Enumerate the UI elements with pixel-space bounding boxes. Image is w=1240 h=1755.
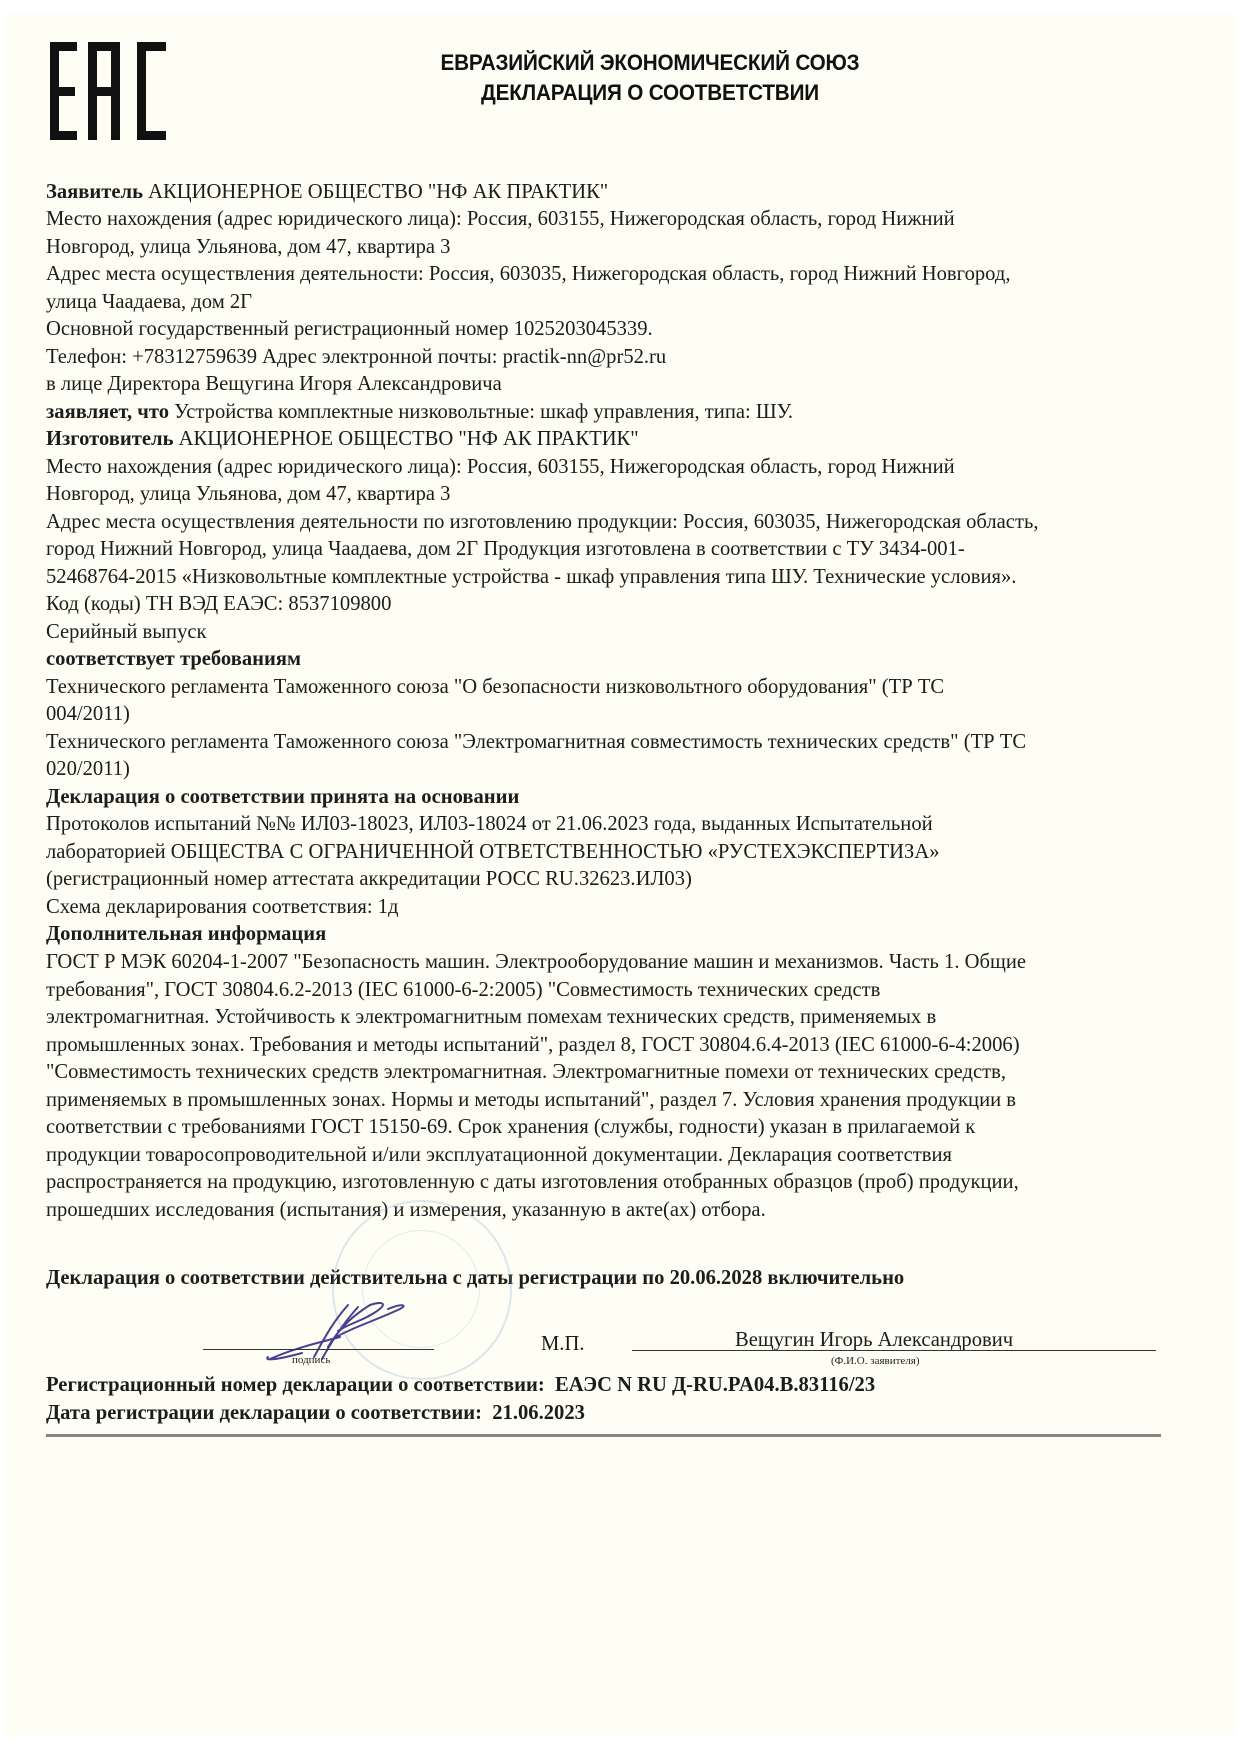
hs-code: Код (коды) ТН ВЭД ЕАЭС: 8537109800 bbox=[46, 592, 391, 616]
title-union: ЕВРАЗИЙСКИЙ ЭКОНОМИЧЕСКИЙ СОЮЗ bbox=[356, 48, 945, 78]
signature-caption: подпись bbox=[292, 1354, 330, 1366]
manufacturer-production-address-1: Адрес места осуществления деятельности п… bbox=[46, 510, 1039, 534]
signer-name: Вещугин Игорь Александрович bbox=[735, 1328, 1013, 1352]
registration-date-line: Дата регистрации декларации о соответств… bbox=[46, 1401, 585, 1425]
production-type: Серийный выпуск bbox=[46, 620, 207, 644]
registration-number-value: ЕАЭС N RU Д-RU.PA04.B.83116/23 bbox=[555, 1374, 875, 1396]
regulation-2-line-1: Технического регламента Таможенного союз… bbox=[46, 730, 1026, 754]
additional-info-line: промышленных зонах. Требования и методы … bbox=[46, 1033, 1020, 1057]
title-declaration: ДЕКЛАРАЦИЯ О СООТВЕТСТВИИ bbox=[356, 78, 945, 108]
additional-info-line: применяемых в промышленных зонах. Нормы … bbox=[46, 1088, 1016, 1112]
registration-number-line: Регистрационный номер декларации о соотв… bbox=[46, 1373, 875, 1397]
applicant-ogrn: Основной государственный регистрационный… bbox=[46, 317, 653, 341]
applicant-name: АКЦИОНЕРНОЕ ОБЩЕСТВО "НФ АК ПРАКТИК" bbox=[143, 181, 608, 203]
applicant-represented-by: в лице Директора Вещугина Игоря Александ… bbox=[46, 372, 502, 396]
additional-heading: Дополнительная информация bbox=[46, 922, 326, 946]
declares-line: заявляет, что Устройства комплектные низ… bbox=[46, 400, 793, 424]
additional-info-line: продукции товаросопроводительной и/или э… bbox=[46, 1143, 952, 1167]
manufacturer-production-address-3: 52468764-2015 «Низковольтные комплектные… bbox=[46, 565, 1016, 589]
stamp-label: М.П. bbox=[541, 1332, 584, 1356]
regulation-1-line-2: 004/2011) bbox=[46, 702, 130, 726]
signature-icon bbox=[262, 1297, 412, 1363]
eac-logo bbox=[50, 42, 166, 140]
manufacturer-production-address-2: город Нижний Новгород, улица Чаадаева, д… bbox=[46, 537, 965, 561]
additional-info-line: "Совместимость технических средств элект… bbox=[46, 1060, 1006, 1084]
signer-name-line bbox=[632, 1350, 1156, 1351]
basis-line-2: лабораторией ОБЩЕСТВА С ОГРАНИЧЕННОЙ ОТВ… bbox=[46, 840, 940, 864]
manufacturer-label: Изготовитель bbox=[46, 428, 173, 450]
applicant-line: Заявитель АКЦИОНЕРНОЕ ОБЩЕСТВО "НФ АК ПР… bbox=[46, 180, 608, 204]
document-title: ЕВРАЗИЙСКИЙ ЭКОНОМИЧЕСКИЙ СОЮЗ ДЕКЛАРАЦИ… bbox=[330, 48, 970, 108]
applicant-legal-address-2: Новгород, улица Ульянова, дом 47, кварти… bbox=[46, 235, 450, 259]
manufacturer-legal-address-1: Место нахождения (адрес юридического лиц… bbox=[46, 455, 955, 479]
signature-line bbox=[203, 1349, 434, 1350]
additional-info-line: соответствии с требованиями ГОСТ 15150-6… bbox=[46, 1115, 975, 1139]
basis-line-3: (регистрационный номер аттестата аккреди… bbox=[46, 867, 692, 891]
applicant-label: Заявитель bbox=[46, 181, 143, 203]
manufacturer-name: АКЦИОНЕРНОЕ ОБЩЕСТВО "НФ АК ПРАКТИК" bbox=[173, 428, 638, 450]
applicant-activity-address-2: улица Чаадаева, дом 2Г bbox=[46, 290, 252, 314]
applicant-contacts: Телефон: +78312759639 Адрес электронной … bbox=[46, 345, 666, 369]
declares-product: Устройства комплектные низковольтные: шк… bbox=[169, 401, 793, 423]
bottom-separator bbox=[46, 1434, 1161, 1437]
basis-line-1: Протоколов испытаний №№ ИЛ03-18023, ИЛ03… bbox=[46, 812, 933, 836]
additional-info-line: электромагнитная. Устойчивость к электро… bbox=[46, 1005, 936, 1029]
requirements-heading: соответствует требованиям bbox=[46, 647, 301, 671]
declaration-scheme: Схема декларирования соответствия: 1д bbox=[46, 895, 399, 919]
manufacturer-legal-address-2: Новгород, улица Ульянова, дом 47, кварти… bbox=[46, 482, 450, 506]
additional-info-line: требования", ГОСТ 30804.6.2-2013 (IEC 61… bbox=[46, 978, 880, 1002]
registration-number-label: Регистрационный номер декларации о соотв… bbox=[46, 1374, 545, 1396]
applicant-legal-address-1: Место нахождения (адрес юридического лиц… bbox=[46, 207, 955, 231]
signer-caption: (Ф.И.О. заявителя) bbox=[831, 1355, 920, 1367]
basis-heading: Декларация о соответствии принята на осн… bbox=[46, 785, 519, 809]
registration-date-value: 21.06.2023 bbox=[492, 1402, 585, 1424]
applicant-activity-address-1: Адрес места осуществления деятельности: … bbox=[46, 262, 1011, 286]
additional-info-line: распространяется на продукцию, изготовле… bbox=[46, 1170, 1019, 1194]
declares-label: заявляет, что bbox=[46, 401, 169, 423]
registration-date-label: Дата регистрации декларации о соответств… bbox=[46, 1402, 482, 1424]
regulation-1-line-1: Технического регламента Таможенного союз… bbox=[46, 675, 944, 699]
manufacturer-line: Изготовитель АКЦИОНЕРНОЕ ОБЩЕСТВО "НФ АК… bbox=[46, 427, 639, 451]
regulation-2-line-2: 020/2011) bbox=[46, 757, 130, 781]
additional-info-line: ГОСТ Р МЭК 60204-1-2007 "Безопасность ма… bbox=[46, 950, 1026, 974]
